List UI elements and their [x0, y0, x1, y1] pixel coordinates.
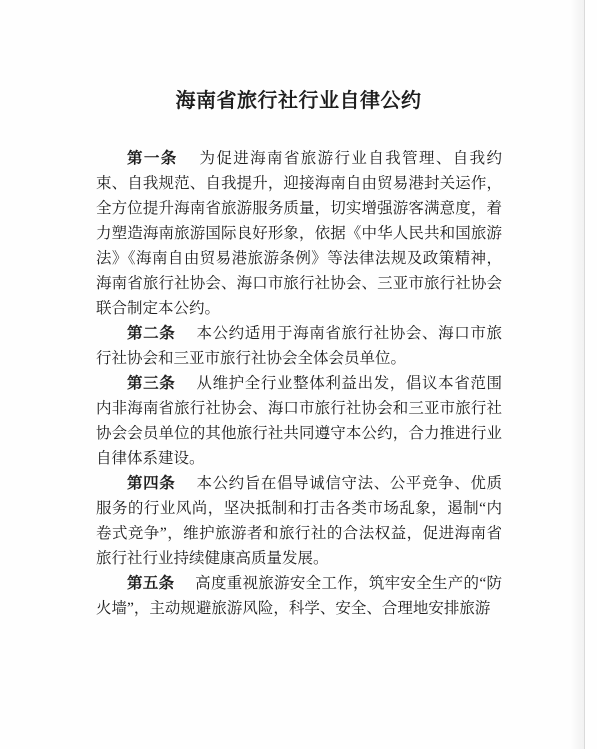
- article-4-number: 第四条: [127, 475, 175, 492]
- article-3: 第三条 从维护全行业整体利益出发，倡议本省范围内非海南省旅行社协会、海口市旅行社…: [96, 371, 502, 471]
- article-5-number: 第五条: [127, 575, 174, 592]
- document-page: 海南省旅行社行业自律公约 第一条 为促进海南省旅游行业自我管理、自我约束、自我规…: [0, 0, 597, 749]
- document-body: 第一条 为促进海南省旅游行业自我管理、自我约束、自我规范、自我提升，迎接海南自由…: [96, 146, 502, 621]
- document-title: 海南省旅行社行业自律公约: [0, 84, 597, 113]
- article-3-number: 第三条: [127, 375, 175, 392]
- article-1-number: 第一条: [127, 150, 178, 167]
- article-5: 第五条 高度重视旅游安全工作，筑牢安全生产的“防火墙”，主动规避旅游风险，科学、…: [96, 571, 502, 621]
- article-1: 第一条 为促进海南省旅游行业自我管理、自我约束、自我规范、自我提升，迎接海南自由…: [96, 146, 502, 321]
- article-2: 第二条 本公约适用于海南省旅行社协会、海口市旅行社协会和三亚市旅行社协会全体会员…: [96, 321, 502, 371]
- article-1-text: 为促进海南省旅游行业自我管理、自我约束、自我规范、自我提升，迎接海南自由贸易港封…: [96, 150, 502, 317]
- article-4: 第四条 本公约旨在倡导诚信守法、公平竞争、优质服务的行业风尚，坚决抵制和打击各类…: [96, 471, 502, 571]
- article-2-number: 第二条: [127, 325, 175, 342]
